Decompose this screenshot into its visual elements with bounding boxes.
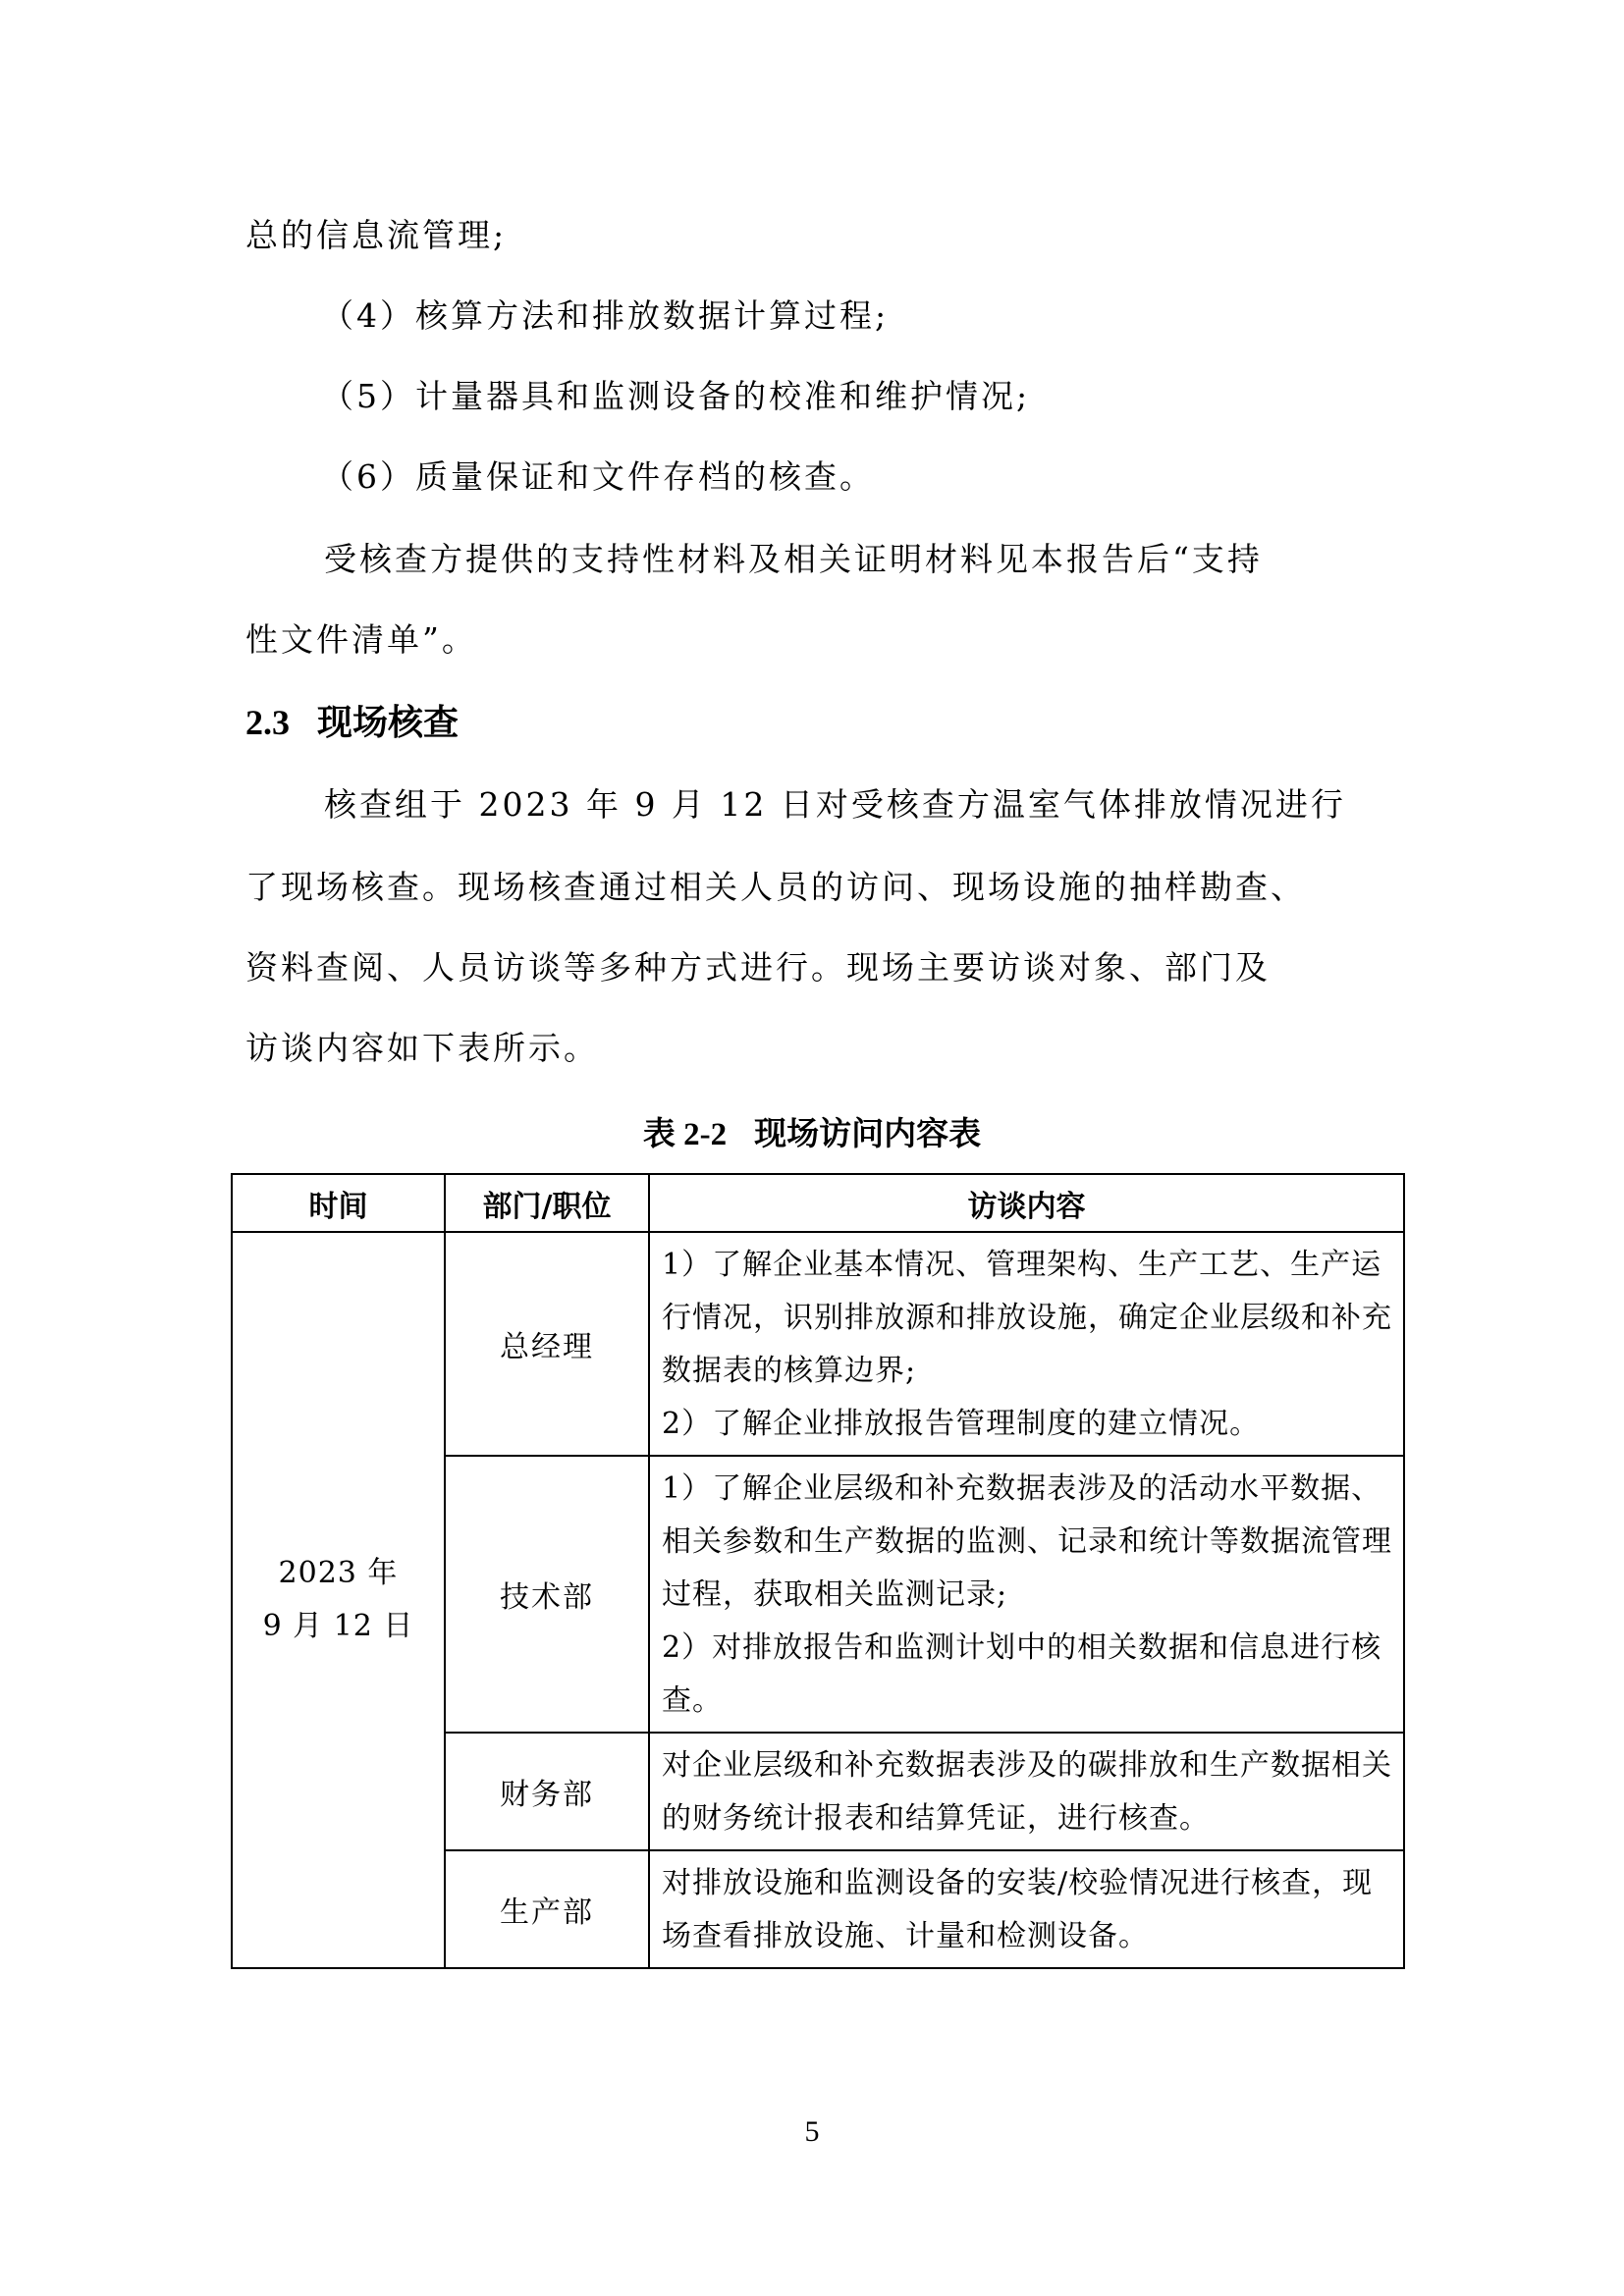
paragraph-line: 访谈内容如下表所示。 [245,1029,599,1068]
content-cell: 1）了解企业基本情况、管理架构、生产工艺、生产运行情况，识别排放源和排放设施，确… [649,1232,1404,1456]
table-row: 2023 年 9 月 12 日 总经理 1）了解企业基本情况、管理架构、生产工艺… [232,1232,1404,1456]
list-item-5: （5）计量器具和监测设备的校准和维护情况; [321,377,1030,416]
list-item-6: （6）质量保证和文件存档的核查。 [321,457,875,497]
dept-cell: 财务部 [445,1733,649,1850]
dept-cell: 生产部 [445,1850,649,1968]
dept-cell: 技术部 [445,1456,649,1733]
header-time: 时间 [232,1174,445,1232]
table-caption: 表 2-2现场访问内容表 [0,1112,1624,1156]
content-cell: 对企业层级和补充数据表涉及的碳排放和生产数据相关的财务统计报表和结算凭证，进行核… [649,1733,1404,1850]
paragraph-line: 资料查阅、人员访谈等多种方式进行。现场主要访谈对象、部门及 [245,948,1271,988]
dept-cell: 总经理 [445,1232,649,1456]
content-cell: 1）了解企业层级和补充数据表涉及的活动水平数据、相关参数和生产数据的监测、记录和… [649,1456,1404,1733]
content-item: 对排放设施和监测设备的安装/校验情况进行核查，现场查看排放设施、计量和检测设备。 [662,1857,1393,1963]
content-item: 2）了解企业排放报告管理制度的建立情况。 [662,1398,1393,1451]
table-header-row: 时间 部门/职位 访谈内容 [232,1174,1404,1232]
header-dept: 部门/职位 [445,1174,649,1232]
content-cell: 对排放设施和监测设备的安装/校验情况进行核查，现场查看排放设施、计量和检测设备。 [649,1850,1404,1968]
time-line-1: 2023 年 [233,1547,444,1600]
paragraph-line: 受核查方提供的支持性材料及相关证明材料见本报告后“支持 [324,540,1263,579]
interview-table: 时间 部门/职位 访谈内容 2023 年 9 月 12 日 总经理 1）了解企业… [231,1173,1405,1969]
caption-number: 表 2-2 [643,1117,727,1152]
content-item: 对企业层级和补充数据表涉及的碳排放和生产数据相关的财务统计报表和结算凭证，进行核… [662,1739,1393,1845]
paragraph-line: 核查组于 2023 年 9 月 12 日对受核查方温室气体排放情况进行 [324,785,1346,825]
section-number: 2.3 [245,703,290,742]
content-item: 1）了解企业基本情况、管理架构、生产工艺、生产运行情况，识别排放源和排放设施，确… [662,1239,1393,1398]
paragraph-line: 总的信息流管理; [245,216,507,255]
section-title: 现场核查 [317,703,459,743]
paragraph-line: 性文件清单”。 [245,620,477,660]
paragraph-line: 了现场核查。现场核查通过相关人员的访问、现场设施的抽样勘查、 [245,868,1306,907]
caption-title: 现场访问内容表 [754,1114,981,1152]
header-content: 访谈内容 [649,1174,1404,1232]
section-heading: 2.3现场核查 [245,701,459,745]
content-item: 2）对排放报告和监测计划中的相关数据和信息进行核查。 [662,1622,1393,1728]
time-cell: 2023 年 9 月 12 日 [232,1232,445,1968]
page-number: 5 [0,2115,1624,2149]
content-item: 1）了解企业层级和补充数据表涉及的活动水平数据、相关参数和生产数据的监测、记录和… [662,1463,1393,1622]
list-item-4: （4）核算方法和排放数据计算过程; [321,296,889,336]
time-line-2: 9 月 12 日 [233,1600,444,1653]
